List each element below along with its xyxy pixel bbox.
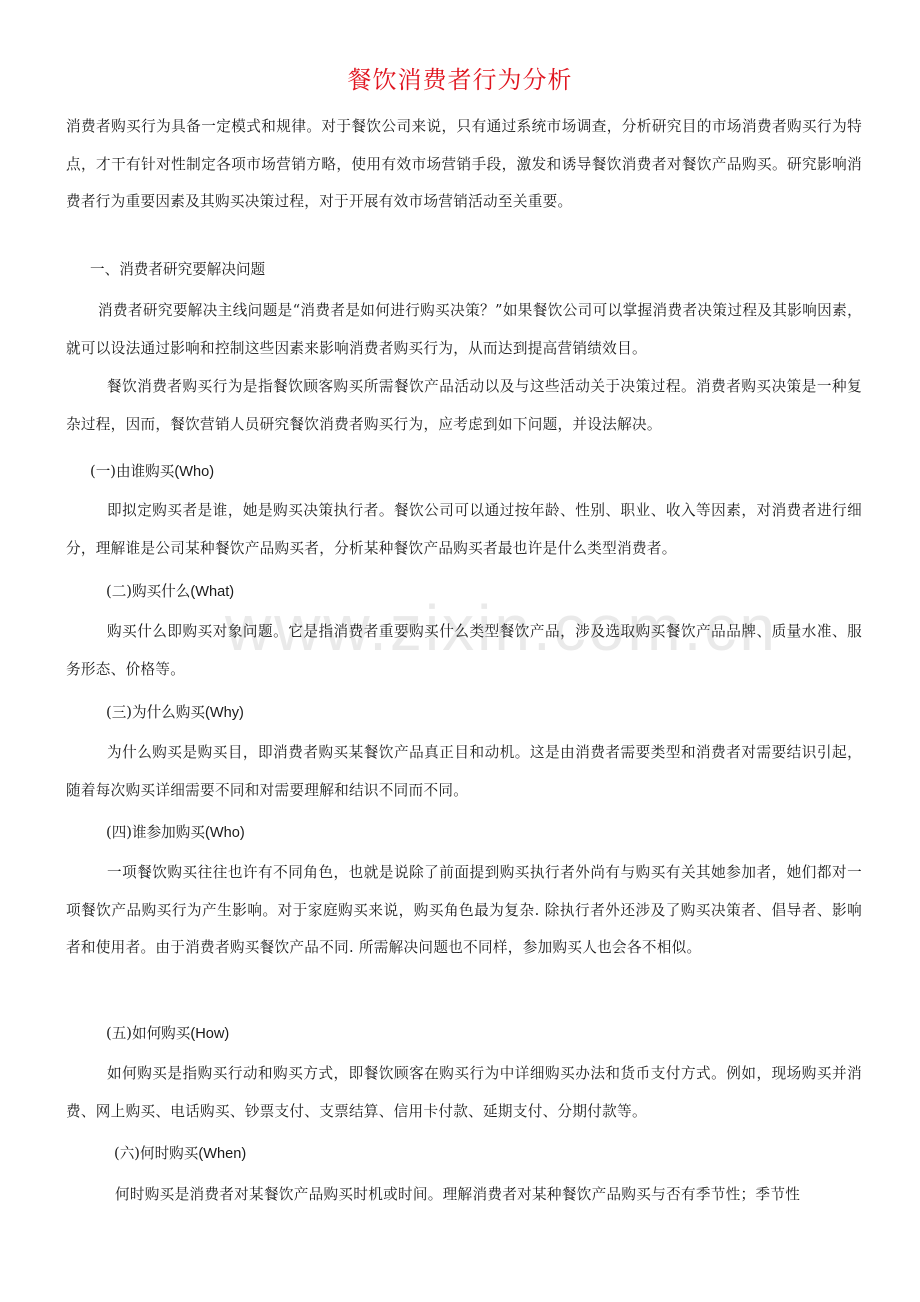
item-heading-how: (五)如何购买(How) [106,1022,229,1046]
item-paragraph-why: 为什么购买是购买目，即消费者购买某餐饮产品真正目和动机。这是由消费者需要类型和消… [66,734,862,809]
item-paragraph-when: 何时购买是消费者对某餐饮产品购买时机或时间。理解消费者对某种餐饮产品购买与否有季… [66,1176,862,1214]
item-heading-who-participates: (四)谁参加购买(Who) [106,821,245,845]
document-page: www.zixin.com.cn 餐饮消费者行为分析 消费者购买行为具备一定模式… [0,0,920,1302]
item-heading-label: (六)何时购买 [114,1145,198,1162]
item-heading-en: (Who) [205,825,245,841]
intro-paragraph: 消费者购买行为具备一定模式和规律。对于餐饮公司来说，只有通过系统市场调查，分析研… [66,108,862,221]
item-heading-when: (六)何时购买(When) [114,1142,246,1166]
item-heading-label: (五)如何购买 [106,1025,190,1042]
section-heading-1: 一、消费者研究要解决问题 [90,258,265,282]
item-heading-en: (Who) [174,464,214,480]
item-heading-en: (How) [190,1026,229,1042]
item-heading-en: (What) [190,584,234,600]
item-heading-label: (一)由谁购买 [90,463,174,480]
section1-paragraph-1: 消费者研究要解决主线问题是“消费者是如何进行购买决策？”如果餐饮公司可以掌握消费… [66,292,862,367]
document-title: 餐饮消费者行为分析 [0,62,920,98]
item-heading-who: (一)由谁购买(Who) [90,460,214,484]
item-heading-en: (When) [198,1146,246,1162]
item-heading-what: (二)购买什么(What) [106,580,234,604]
item-paragraph-how: 如何购买是指购买行动和购买方式，即餐饮顾客在购买行为中详细购买办法和货币支付方式… [66,1055,862,1130]
item-heading-label: (二)购买什么 [106,583,190,600]
item-paragraph-what: 购买什么即购买对象问题。它是指消费者重要购买什么类型餐饮产品，涉及选取购买餐饮产… [66,613,862,688]
item-heading-label: (三)为什么购买 [106,704,205,721]
item-heading-why: (三)为什么购买(Why) [106,701,244,725]
item-paragraph-who-participates: 一项餐饮购买往往也许有不同角色，也就是说除了前面提到购买执行者外尚有与购买有关其… [66,854,862,967]
section1-paragraph-2: 餐饮消费者购买行为是指餐饮顾客购买所需餐饮产品活动以及与这些活动关于决策过程。消… [66,368,862,443]
item-heading-en: (Why) [205,705,244,721]
item-paragraph-who: 即拟定购买者是谁，她是购买决策执行者。餐饮公司可以通过按年龄、性别、职业、收入等… [66,492,862,567]
item-heading-label: (四)谁参加购买 [106,824,205,841]
